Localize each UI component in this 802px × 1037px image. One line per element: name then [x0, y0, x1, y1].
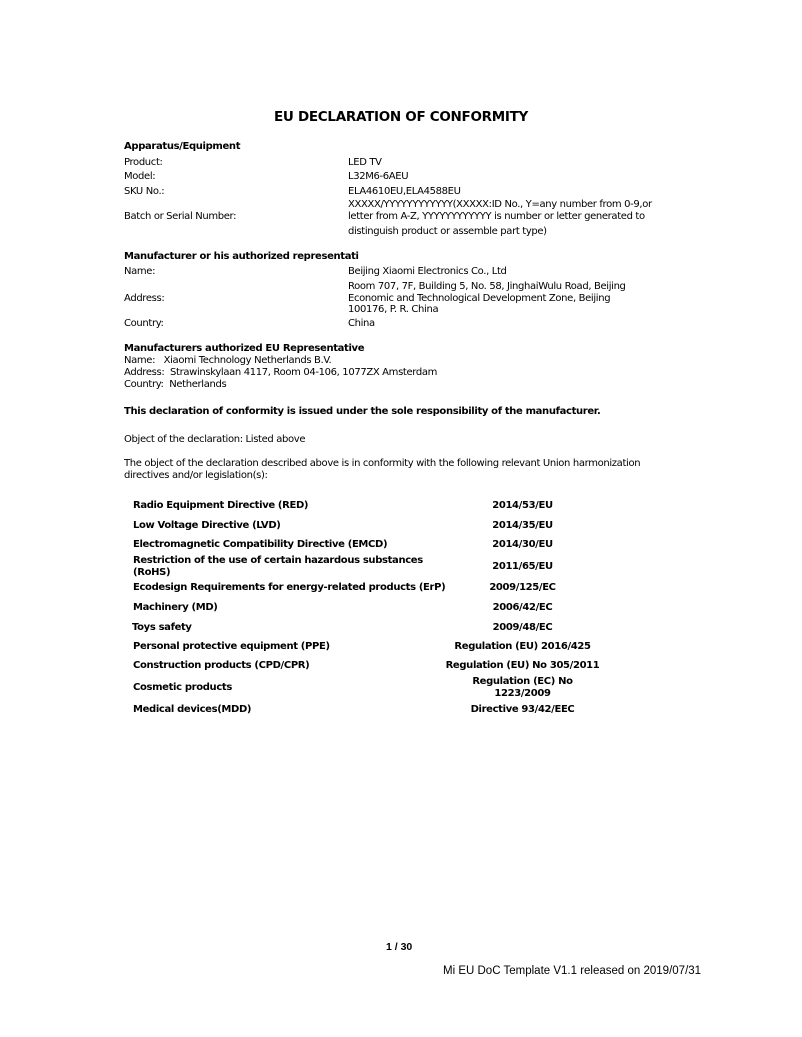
eu-representative-block: Manufacturers authorized EU Representati… — [124, 343, 437, 391]
conformity-statement: The object of the declaration described … — [124, 458, 684, 482]
directive-ref: 2011/65/EU — [430, 561, 615, 573]
batch-value: XXXXX/YYYYYYYYYYYY(XXXXX:ID No., Y=any n… — [348, 199, 688, 238]
manufacturer-address-label: Address: — [124, 293, 164, 305]
batch-value-line: letter from A-Z, YYYYYYYYYYYY is number … — [348, 211, 688, 223]
directive-ref: Regulation (EC) No 1223/2009 — [430, 676, 615, 700]
product-label: Product: — [124, 157, 163, 169]
directive-name: Electromagnetic Compatibility Directive … — [133, 539, 387, 551]
batch-value-line: distinguish product or assemble part typ… — [348, 226, 688, 238]
directive-name: Personal protective equipment (PPE) — [133, 641, 330, 653]
object-statement: Object of the declaration: Listed above — [124, 434, 305, 446]
directive-name: Low Voltage Directive (LVD) — [133, 520, 281, 532]
directive-ref: Directive 93/42/EEC — [430, 704, 615, 716]
template-note: Mi EU DoC Template V1.1 released on 2019… — [443, 965, 701, 977]
directive-name: Machinery (MD) — [133, 602, 218, 614]
manufacturer-heading: Manufacturer or his authorized represent… — [124, 251, 359, 263]
sku-value: ELA4610EU,ELA4588EU — [348, 186, 668, 198]
manufacturer-name-label: Name: — [124, 266, 155, 278]
directive-ref: 2014/30/EU — [430, 539, 615, 551]
directive-ref: 2009/48/EC — [430, 622, 615, 634]
model-label: Model: — [124, 171, 155, 183]
directive-name: Ecodesign Requirements for energy-relate… — [133, 582, 445, 594]
directive-ref: 2014/53/EU — [430, 500, 615, 512]
directive-ref: 2014/35/EU — [430, 520, 615, 532]
directive-ref: 2009/125/EC — [430, 582, 615, 594]
directive-ref-line: Regulation (EC) No — [430, 676, 615, 688]
conformity-line: directives and/or legislation(s): — [124, 470, 684, 482]
directive-ref: Regulation (EU) No 305/2011 — [430, 660, 615, 672]
conformity-line: The object of the declaration described … — [124, 458, 684, 470]
batch-value-line: XXXXX/YYYYYYYYYYYY(XXXXX:ID No., Y=any n… — [348, 199, 688, 211]
manufacturer-address-value: Room 707, 7F, Building 5, No. 58, Jingha… — [348, 281, 688, 316]
page-number: 1 / 30 — [386, 941, 412, 953]
document-title: EU DECLARATION OF CONFORMITY — [0, 109, 802, 125]
directive-ref-line: 1223/2009 — [430, 688, 615, 700]
directive-name-line: (RoHS) — [133, 567, 423, 579]
model-value: L32M6-6AEU — [348, 171, 668, 183]
directive-name: Restriction of the use of certain hazard… — [133, 555, 423, 579]
apparatus-heading: Apparatus/Equipment — [124, 141, 240, 153]
address-line: 100176, P. R. China — [348, 304, 688, 316]
directive-name-line: Restriction of the use of certain hazard… — [133, 555, 423, 567]
directive-name: Toys safety — [132, 622, 192, 634]
directive-name: Cosmetic products — [133, 682, 232, 694]
address-line: Room 707, 7F, Building 5, No. 58, Jingha… — [348, 281, 688, 293]
eu-representative-heading: Manufacturers authorized EU Representati… — [124, 343, 437, 355]
manufacturer-name-value: Beijing Xiaomi Electronics Co., Ltd — [348, 266, 668, 278]
manufacturer-country-value: China — [348, 318, 668, 330]
eu-representative-country: Country: Netherlands — [124, 379, 437, 391]
directive-name: Radio Equipment Directive (RED) — [133, 500, 308, 512]
directive-ref: Regulation (EU) 2016/425 — [430, 641, 615, 653]
eu-representative-name: Name: Xiaomi Technology Netherlands B.V. — [124, 355, 437, 367]
directive-ref: 2006/42/EC — [430, 602, 615, 614]
sku-label: SKU No.: — [124, 186, 164, 198]
product-value: LED TV — [348, 157, 668, 169]
manufacturer-country-label: Country: — [124, 318, 164, 330]
directive-name: Construction products (CPD/CPR) — [133, 660, 309, 672]
responsibility-statement: This declaration of conformity is issued… — [124, 406, 600, 418]
eu-representative-address: Address: Strawinskylaan 4117, Room 04-10… — [124, 367, 437, 379]
directive-name: Medical devices(MDD) — [133, 704, 251, 716]
batch-label: Batch or Serial Number: — [124, 211, 236, 223]
